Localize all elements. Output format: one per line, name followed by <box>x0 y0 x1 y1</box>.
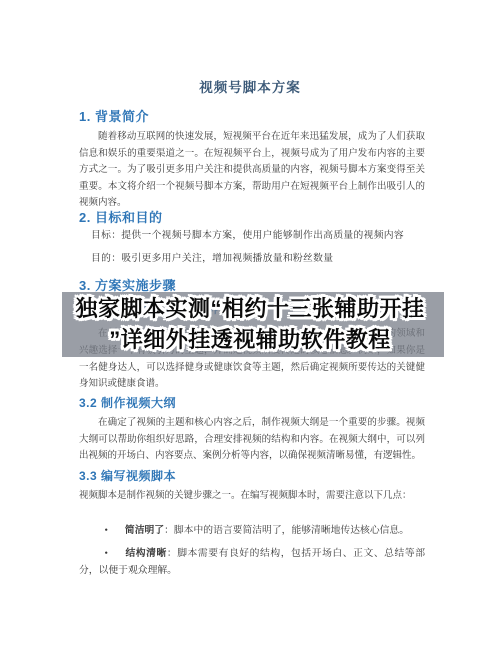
watermark-line-2: ”详细外挂透视辅助软件教程 <box>0 324 500 355</box>
list-item: •简洁明了：脚本中的语言要简洁明了，能够清晰地传达核心信息。 <box>79 522 425 539</box>
heading-background: 1. 背景简介 <box>79 106 149 125</box>
bullet-icon: • <box>104 525 107 536</box>
paragraph-background: 随着移动互联网的快速发展，短视频平台在近年来迅猛发展，成为了人们获取信息和娱乐的… <box>79 129 425 212</box>
bullet-text: ：脚本中的语言要简洁明了，能够清晰地传达核心信息。 <box>164 525 409 536</box>
paragraph-step-2: 在确定了视频的主题和核心内容之后，制作视频大纲是一个重要的步骤。视频大纲可以帮助… <box>79 415 425 465</box>
heading-goals: 2. 目标和目的 <box>79 207 162 226</box>
bullet-icon: • <box>104 548 107 559</box>
heading-step-2: 3.2 制作视频大纲 <box>79 394 176 411</box>
goal-line: 目标：提供一个视频号脚本方案，使用户能够制作出高质量的视频内容 <box>91 230 451 242</box>
bullet-label: 结构清晰 <box>125 548 167 559</box>
page-title: 视频号脚本方案 <box>0 76 500 96</box>
watermark-overlay-text: 独家脚本实测“相约十三张辅助开挂 ”详细外挂透视辅助软件教程 <box>0 293 500 355</box>
heading-step-3: 3.3 编写视频脚本 <box>79 467 176 484</box>
bullet-label: 简洁明了 <box>125 525 164 536</box>
purpose-line: 目的：吸引更多用户关注，增加视频播放量和粉丝数量 <box>91 253 451 265</box>
paragraph-step-3: 视频脚本是制作视频的关键步骤之一。在编写视频脚本时，需要注意以下几点： <box>79 488 425 505</box>
document-page: 视频号脚本方案 1. 背景简介 随着移动互联网的快速发展，短视频平台在近年来迅猛… <box>0 0 500 647</box>
list-item: •结构清晰：脚本需要有良好的结构，包括开场白、正文、总结等部分，以便于观众理解。 <box>79 545 425 579</box>
watermark-line-1: 独家脚本实测“相约十三张辅助开挂 <box>0 293 500 324</box>
